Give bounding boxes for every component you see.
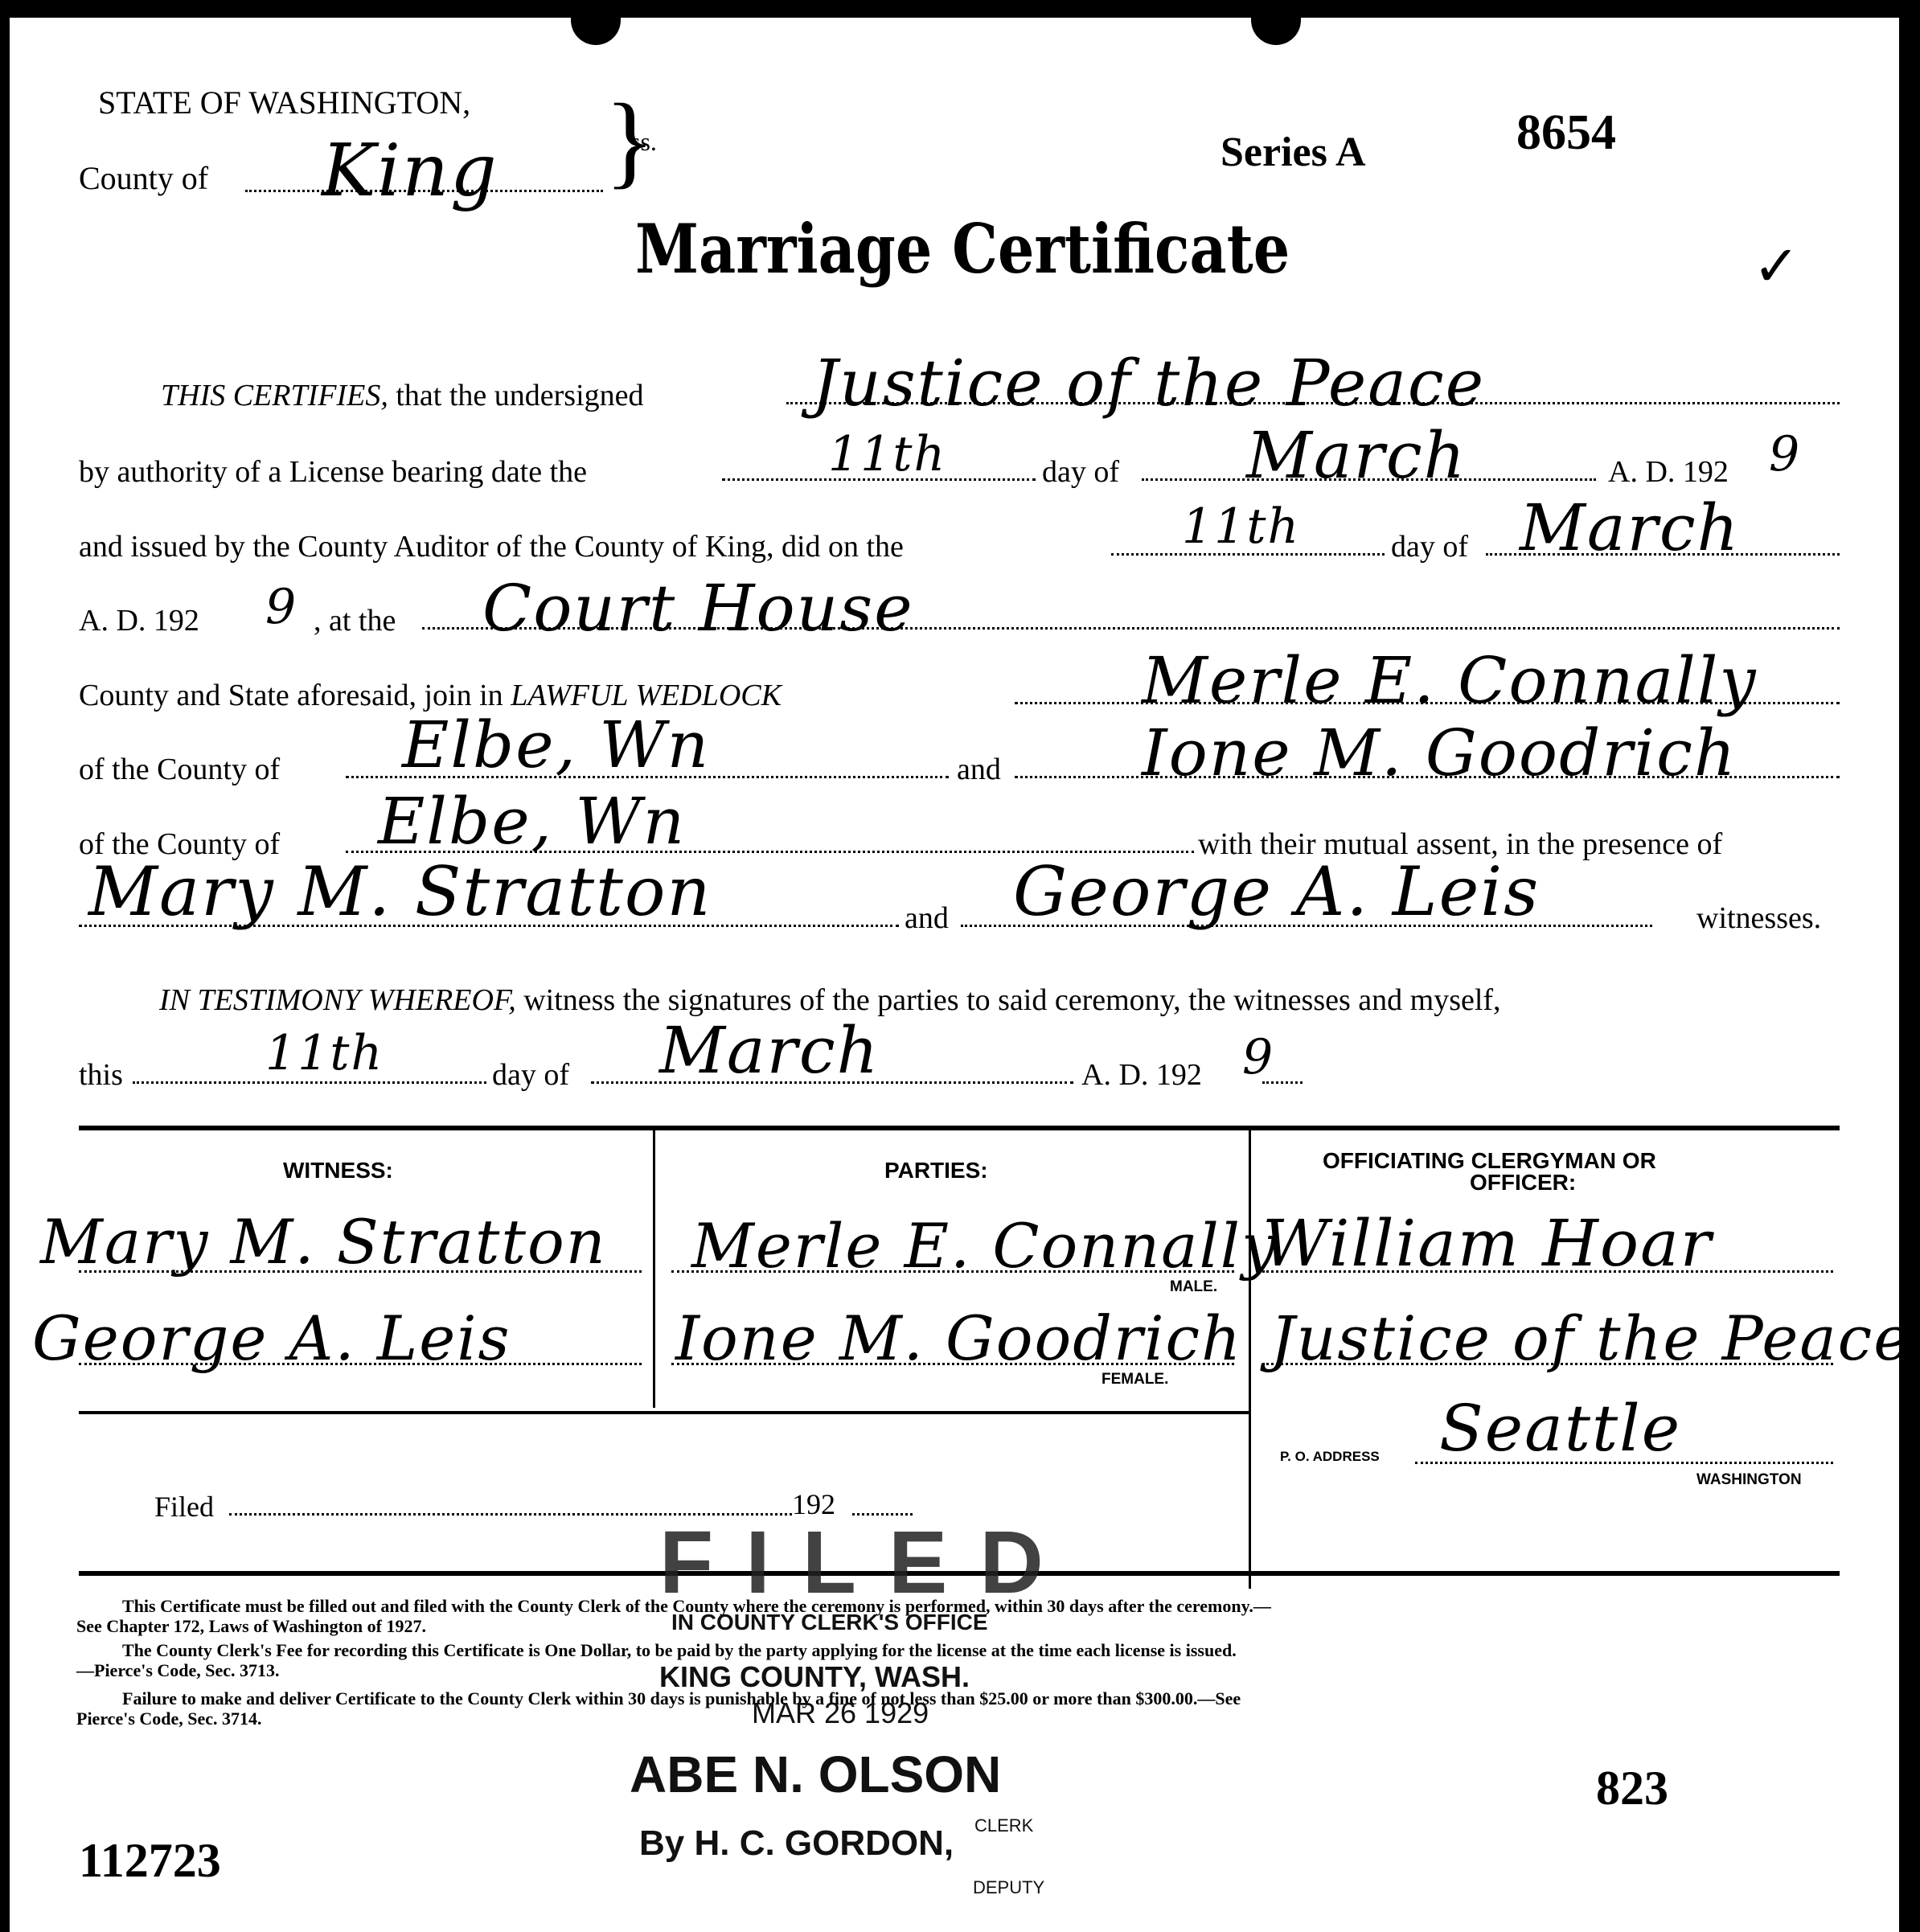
- testimony-month: March: [659, 1013, 880, 1088]
- parties-heading: PARTIES:: [884, 1158, 988, 1183]
- washington-label: WASHINGTON: [1696, 1471, 1802, 1489]
- groom-name: Merle E. Connally: [1142, 643, 1758, 718]
- table-top-rule: [79, 1126, 1840, 1130]
- day-of-label: day of: [1042, 454, 1119, 490]
- stamp-county: KING COUNTY, WASH.: [659, 1660, 970, 1694]
- and-label: and: [905, 900, 949, 936]
- male-label: MALE.: [1170, 1278, 1217, 1296]
- groom-county: Elbe, Wn: [402, 708, 710, 782]
- certifies-line: THIS CERTIFIES, that the undersigned: [161, 378, 644, 413]
- state-label: STATE OF WASHINGTON,: [98, 84, 470, 121]
- year-digit: 9: [265, 579, 297, 635]
- county-value: King: [322, 129, 498, 213]
- year-blank: [1262, 1081, 1303, 1084]
- license-month: March: [1246, 418, 1467, 493]
- testimony-day-blank: [133, 1081, 486, 1084]
- note-2-cont: —Pierce's Code, Sec. 3713.: [76, 1660, 280, 1681]
- year-label: A. D. 192: [1081, 1057, 1202, 1093]
- check-mark-icon: ✓: [1753, 233, 1802, 299]
- groom-county-label: of the County of: [79, 752, 280, 787]
- witness2-name: George A. Leis: [1013, 852, 1540, 931]
- bride-name: Ione M. Goodrich: [1142, 716, 1737, 790]
- testimony-text: witness the signatures of the parties to…: [523, 983, 1500, 1017]
- ceremony-month: March: [1520, 490, 1740, 565]
- series-number: 8654: [1516, 105, 1616, 162]
- witness-heading: WITNESS:: [283, 1158, 393, 1183]
- officer-value: Justice of the Peace: [812, 346, 1485, 420]
- deputy-label: DEPUTY: [973, 1877, 1044, 1898]
- table-bottom-rule: [79, 1411, 1249, 1414]
- county-label: County of: [79, 159, 208, 197]
- witnesses-label: witnesses.: [1696, 900, 1821, 936]
- testimony-day: 11th: [265, 1025, 384, 1081]
- note-2: The County Clerk's Fee for recording thi…: [122, 1640, 1237, 1661]
- witness-signature: Mary M. Stratton: [40, 1206, 607, 1278]
- stamp-date: MAR 26 1929: [752, 1696, 929, 1730]
- ceremony-day: 11th: [1182, 498, 1300, 555]
- clerk-label: CLERK: [974, 1815, 1033, 1836]
- filed-label: Filed: [154, 1490, 214, 1524]
- day-of-label: day of: [1391, 529, 1468, 564]
- female-signature: Ione M. Goodrich: [675, 1302, 1242, 1374]
- at-the-label: , at the: [314, 603, 396, 638]
- and-label: and: [957, 752, 1001, 787]
- year-digit: 9: [1769, 426, 1801, 482]
- witness1-name: Mary M. Stratton: [88, 852, 712, 931]
- bride-county: Elbe, Wn: [378, 784, 686, 859]
- note-1-cont: See Chapter 172, Laws of Washington of 1…: [76, 1616, 426, 1637]
- page-number: 823: [1596, 1761, 1668, 1816]
- issued-line: and issued by the County Auditor of the …: [79, 529, 904, 564]
- officer-signature: William Hoar: [1262, 1206, 1713, 1281]
- day-of-label: day of: [492, 1057, 569, 1093]
- year-label: A. D. 192: [79, 603, 199, 638]
- testimony-prefix: IN TESTIMONY WHEREOF,: [159, 983, 516, 1017]
- year-label: A. D. 192: [1608, 454, 1729, 490]
- po-address-label: P. O. ADDRESS: [1280, 1449, 1380, 1465]
- note-3-cont: Pierce's Code, Sec. 3714.: [76, 1708, 262, 1729]
- place-value: Court House: [482, 571, 914, 646]
- witness-signature: George A. Leis: [32, 1302, 511, 1374]
- page-title: Marriage Certificate: [635, 209, 1290, 289]
- officer-title: Justice of the Peace: [1270, 1302, 1911, 1374]
- column-divider: [1249, 1130, 1251, 1589]
- officer-heading: OFFICER:: [1470, 1170, 1576, 1196]
- license-line: by authority of a License bearing date t…: [79, 454, 587, 490]
- series-label: Series A: [1221, 129, 1366, 176]
- certifies-prefix: THIS CERTIFIES,: [161, 379, 388, 412]
- year-digit: 9: [1242, 1029, 1274, 1085]
- po-address-value: Seattle: [1439, 1391, 1681, 1466]
- column-divider: [653, 1130, 655, 1408]
- male-signature: Merle E. Connally: [691, 1210, 1278, 1282]
- female-label: FEMALE.: [1102, 1371, 1168, 1388]
- stamp-office: IN COUNTY CLERK'S OFFICE: [671, 1610, 988, 1635]
- license-day: 11th: [828, 426, 946, 482]
- deputy-line: By H. C. GORDON,: [639, 1823, 954, 1864]
- certifies-text: that the undersigned: [396, 379, 643, 412]
- document-number: 112723: [79, 1833, 221, 1889]
- clerk-name: ABE N. OLSON: [630, 1745, 1001, 1804]
- ss-label: ss.: [630, 127, 657, 157]
- this-label: this: [79, 1057, 123, 1093]
